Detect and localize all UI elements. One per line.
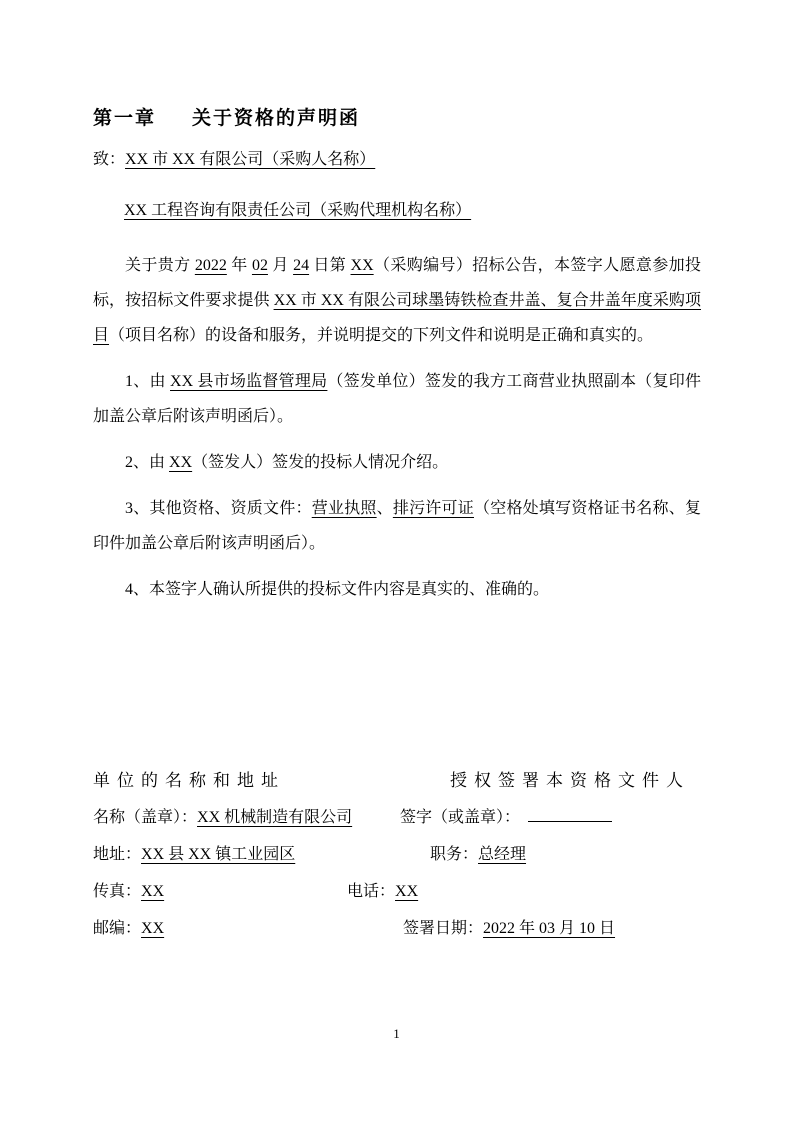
purchaser-name-underlined: XX 市 XX 有限公司（采购人名称） — [125, 151, 375, 168]
list-item-3: 3、其他资格、资质文件：营业执照、排污许可证（空格处填写资格证书名称、复印件加盖… — [93, 491, 701, 561]
signature-header-row: 单位的名称和地址 授权签署本资格文件人 — [93, 762, 701, 799]
sign-seal-group: 签字（或盖章）： — [400, 799, 612, 836]
address-label: 地址： — [93, 846, 141, 863]
signature-postcode-row: 邮编：XX 签署日期：2022 年 03 月 10 日 — [93, 910, 701, 947]
postcode-label: 邮编： — [93, 920, 141, 937]
phone-label: 电话： — [347, 883, 395, 900]
intro-text: 关于贵方 — [125, 257, 195, 274]
sign-seal-label: 签字（或盖章）： — [400, 809, 520, 826]
document-page: 第一章关于资格的声明函 致：XX 市 XX 有限公司（采购人名称） XX 工程咨… — [0, 0, 793, 1122]
address-value-underlined: XX 县 XX 镇工业园区 — [141, 846, 295, 863]
item3-text: 、 — [377, 500, 393, 517]
salutation-agency-line: XX 工程咨询有限责任公司（采购代理机构名称） — [93, 200, 701, 222]
chapter-title: 关于资格的声明函 — [192, 108, 360, 129]
signature-fax-row: 传真：XX 电话：XX — [93, 873, 701, 910]
salutation-purchaser-line: 致：XX 市 XX 有限公司（采购人名称） — [93, 149, 701, 171]
signature-block: 单位的名称和地址 授权签署本资格文件人 名称（盖章）：XX 机械制造有限公司 签… — [93, 762, 701, 947]
tender-month-underlined: 02 — [252, 257, 268, 274]
agency-name-underlined: XX 工程咨询有限责任公司（采购代理机构名称） — [124, 202, 471, 219]
intro-text: （项目名称）的设备和服务，并说明提交的下列文件和说明是正确和真实的。 — [109, 327, 653, 344]
intro-text: 日第 — [309, 257, 350, 274]
position-value-underlined: 总经理 — [478, 846, 526, 863]
signature-name-row: 名称（盖章）：XX 机械制造有限公司 签字（或盖章）： — [93, 799, 701, 836]
item4-text: 4、本签字人确认所提供的投标文件内容是真实的、准确的。 — [125, 581, 549, 598]
chapter-number: 第一章 — [93, 108, 156, 129]
item1-text: 1、由 — [125, 373, 170, 390]
chapter-heading: 第一章关于资格的声明函 — [93, 106, 701, 132]
signer-name-underlined: XX — [169, 454, 192, 471]
company-name-address-header: 单位的名称和地址 — [93, 771, 285, 790]
item3-text: 3、其他资格、资质文件： — [125, 500, 312, 517]
tender-day-underlined: 24 — [293, 257, 309, 274]
intro-text: 月 — [268, 257, 293, 274]
license-doc-underlined: 营业执照 — [312, 500, 377, 517]
permit-doc-underlined: 排污许可证 — [393, 500, 474, 517]
sign-date-group: 签署日期：2022 年 03 月 10 日 — [403, 910, 615, 947]
intro-paragraph: 关于贵方 2022 年 02 月 24 日第 XX（采购编号）招标公告，本签字人… — [93, 248, 701, 353]
signature-blank-line — [528, 805, 612, 822]
company-name-label: 名称（盖章）： — [93, 809, 197, 826]
document-content: 第一章关于资格的声明函 致：XX 市 XX 有限公司（采购人名称） XX 工程咨… — [93, 106, 701, 947]
tender-number-underlined: XX — [351, 257, 374, 274]
item2-text: （签发人）签发的投标人情况介绍。 — [192, 454, 448, 471]
company-name-value-underlined: XX 机械制造有限公司 — [197, 809, 352, 826]
position-label: 职务： — [430, 846, 478, 863]
fax-label: 传真： — [93, 883, 141, 900]
item2-text: 2、由 — [125, 454, 169, 471]
sign-date-label: 签署日期： — [403, 920, 483, 937]
issuer-name-underlined: XX 县市场监督管理局 — [170, 373, 327, 390]
list-item-4: 4、本签字人确认所提供的投标文件内容是真实的、准确的。 — [93, 572, 701, 607]
page-number: 1 — [0, 1026, 793, 1042]
intro-text: 年 — [227, 257, 252, 274]
tender-year-underlined: 2022 — [195, 257, 227, 274]
authorized-signer-header: 授权签署本资格文件人 — [450, 762, 690, 799]
sign-date-value-underlined: 2022 年 03 月 10 日 — [483, 920, 615, 937]
phone-group: 电话：XX — [347, 873, 418, 910]
list-item-1: 1、由 XX 县市场监督管理局（签发单位）签发的我方工商营业执照副本（复印件加盖… — [93, 364, 701, 434]
salutation-prefix: 致： — [93, 151, 125, 168]
phone-value-underlined: XX — [395, 883, 418, 900]
position-group: 职务：总经理 — [430, 836, 526, 873]
signature-address-row: 地址：XX 县 XX 镇工业园区 职务：总经理 — [93, 836, 701, 873]
fax-value-underlined: XX — [141, 883, 164, 900]
postcode-value-underlined: XX — [141, 920, 164, 937]
list-item-2: 2、由 XX（签发人）签发的投标人情况介绍。 — [93, 445, 701, 480]
